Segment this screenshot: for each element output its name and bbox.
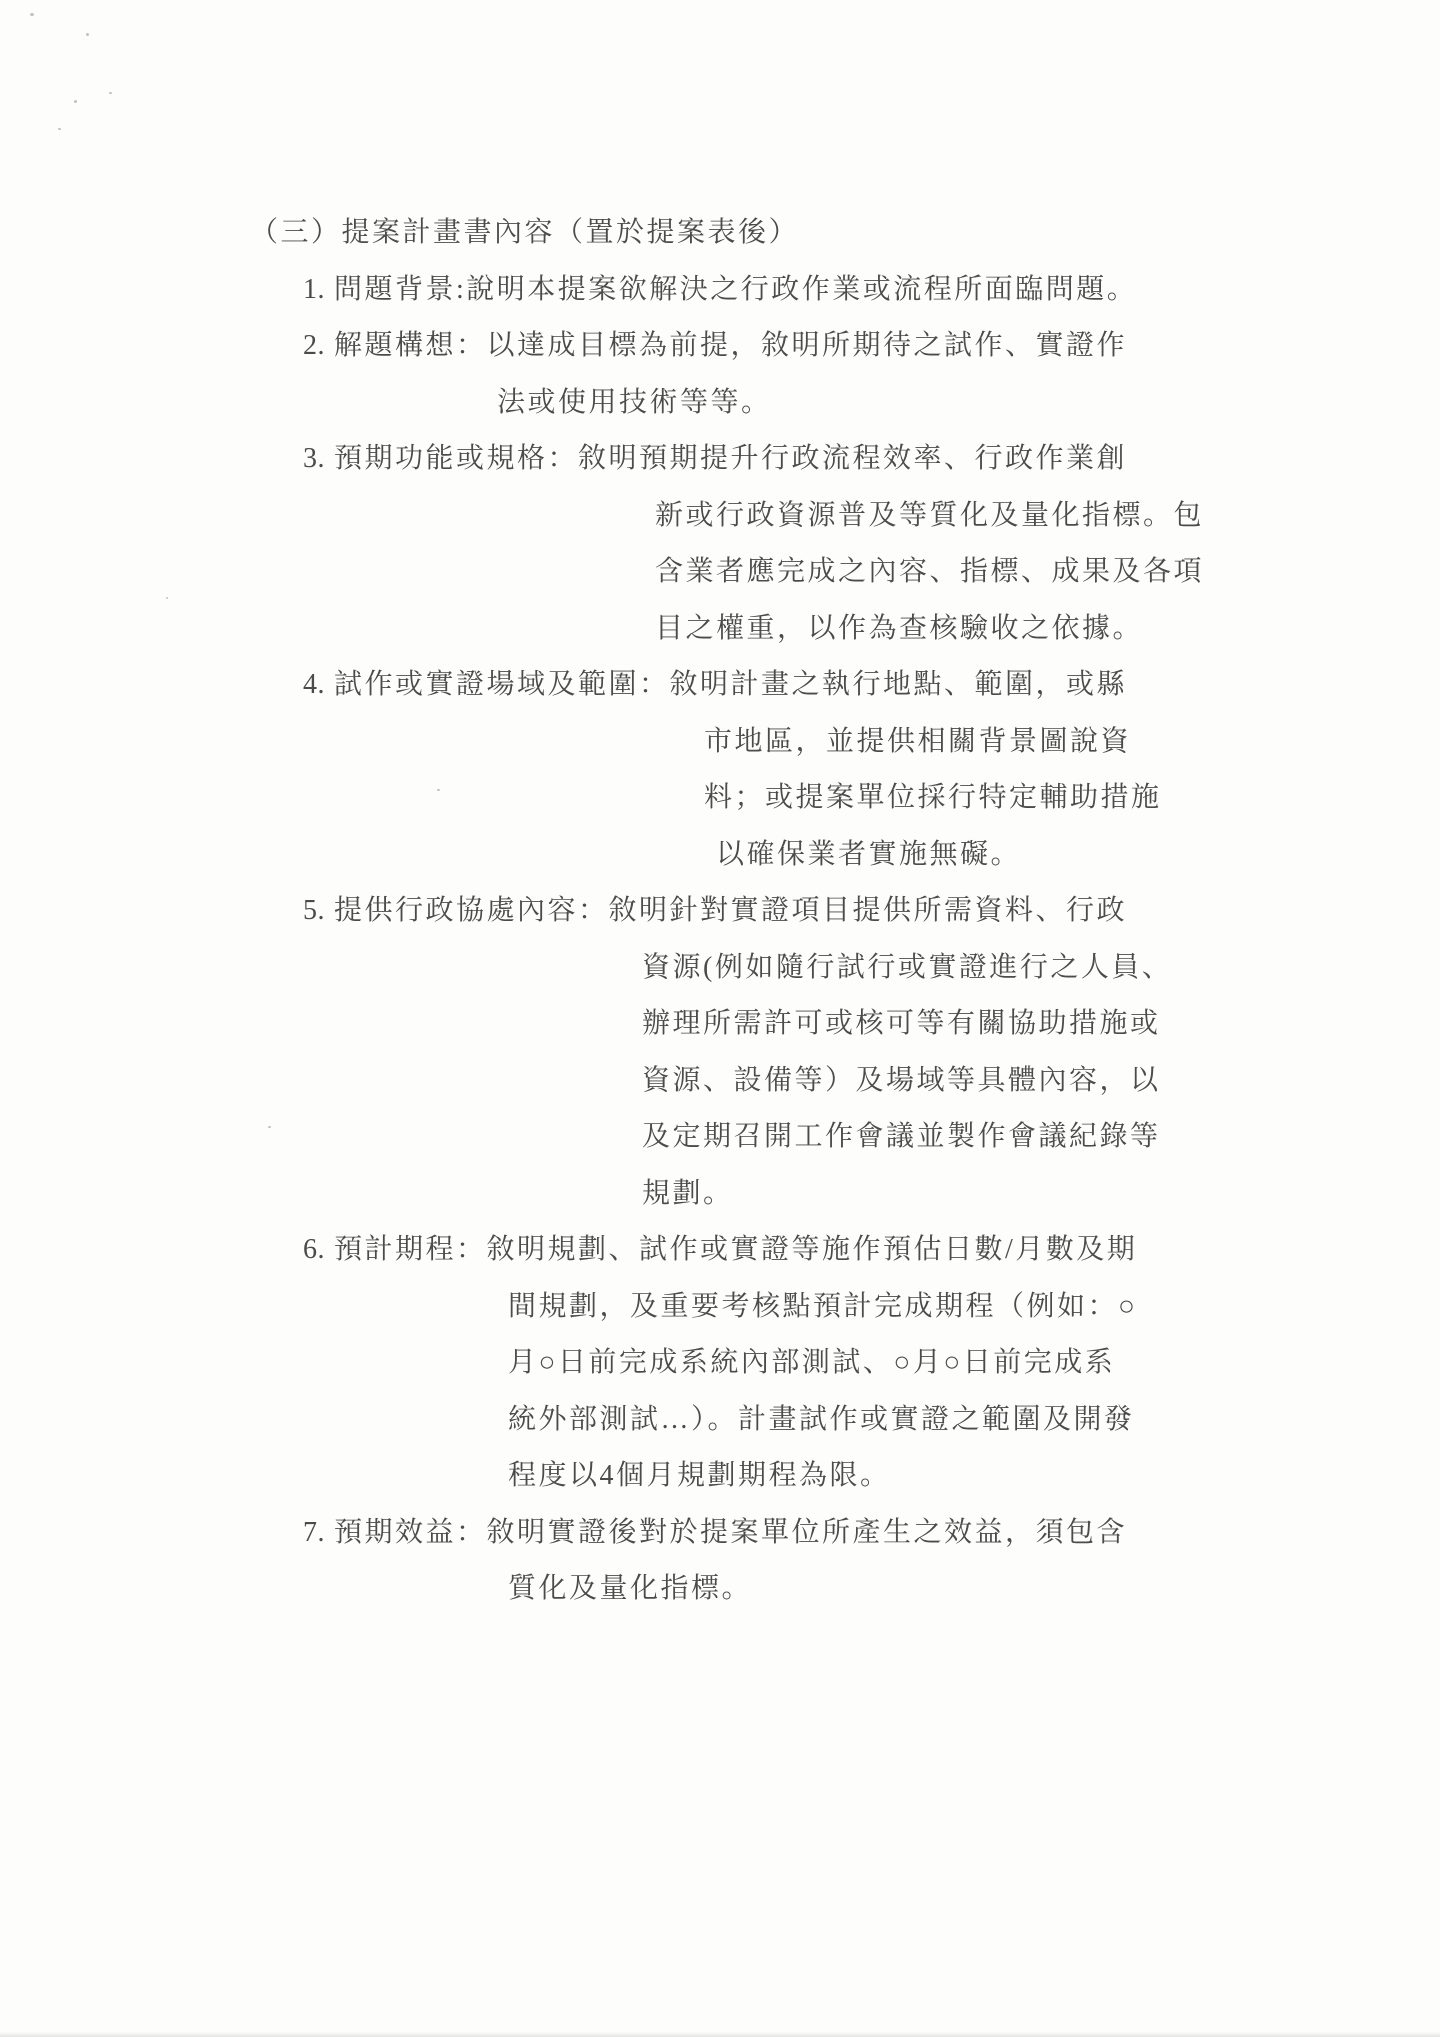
list-item-4: 4.試作或實證場域及範圍：敘明計畫之執行地點、範圍，或縣 市地區，並提供相關背景… xyxy=(0,657,1440,883)
item-6-line-1: 6.預計期程：敘明規劃、試作或實證等施作預估日數/月數及期 xyxy=(0,1222,1440,1279)
section-heading-text: （三）提案計畫書內容（置於提案表後） xyxy=(250,217,799,248)
item-7-line-2: 質化及量化指標。 xyxy=(0,1561,1440,1618)
list-item-5: 5.提供行政協處內容：敘明針對實證項目提供所需資料、行政 資源(例如隨行試行或實… xyxy=(0,883,1440,1222)
scan-speck xyxy=(109,92,112,94)
list-item-1: 1.問題背景:說明本提案欲解決之行政作業或流程所面臨問題。 xyxy=(0,262,1440,319)
item-4-number: 4. xyxy=(303,657,325,714)
item-4-text: 試作或實證場域及範圍：敘明計畫之執行地點、範圍，或縣 xyxy=(334,669,1127,700)
item-7-text: 預期效益：敘明實證後對於提案單位所產生之效益，須包含 xyxy=(334,1517,1127,1548)
item-5-line-2: 資源(例如隨行試行或實證進行之人員、 xyxy=(0,940,1440,997)
item-3-line-3: 含業者應完成之內容、指標、成果及各項 xyxy=(0,544,1440,601)
document-body: （三）提案計畫書內容（置於提案表後） 1.問題背景:說明本提案欲解決之行政作業或… xyxy=(0,205,1440,1618)
item-6-line-5: 程度以4個月規劃期程為限。 xyxy=(0,1448,1440,1505)
item-1-number: 1. xyxy=(303,262,325,319)
scanned-document-page: （三）提案計畫書內容（置於提案表後） 1.問題背景:說明本提案欲解決之行政作業或… xyxy=(0,0,1440,2037)
item-4-line-3: 料；或提案單位採行特定輔助措施 xyxy=(0,770,1440,827)
item-5-line-4: 資源、設備等）及場域等具體內容，以 xyxy=(0,1053,1440,1110)
item-3-number: 3. xyxy=(303,431,325,488)
scan-speck xyxy=(86,33,89,36)
item-2-number: 2. xyxy=(303,318,325,375)
item-1-line-1: 1.問題背景:說明本提案欲解決之行政作業或流程所面臨問題。 xyxy=(0,262,1440,319)
item-6-line-4: 統外部測試…）。計畫試作或實證之範圍及開發 xyxy=(0,1392,1440,1449)
scan-speck xyxy=(74,100,77,103)
item-3-line-1: 3.預期功能或規格：敘明預期提升行政流程效率、行政作業創 xyxy=(0,431,1440,488)
item-5-line-6: 規劃。 xyxy=(0,1166,1440,1223)
list-item-6: 6.預計期程：敘明規劃、試作或實證等施作預估日數/月數及期 間規劃，及重要考核點… xyxy=(0,1222,1440,1505)
item-6-number: 6. xyxy=(303,1222,325,1279)
item-5-line-1: 5.提供行政協處內容：敘明針對實證項目提供所需資料、行政 xyxy=(0,883,1440,940)
item-2-line-1: 2.解題構想：以達成目標為前提，敘明所期待之試作、實證作 xyxy=(0,318,1440,375)
item-6-text: 預計期程：敘明規劃、試作或實證等施作預估日數/月數及期 xyxy=(334,1234,1137,1265)
item-7-number: 7. xyxy=(303,1505,325,1562)
item-3-text: 預期功能或規格：敘明預期提升行政流程效率、行政作業創 xyxy=(334,443,1127,474)
item-2-line-2: 法或使用技術等等。 xyxy=(0,375,1440,432)
item-4-line-1: 4.試作或實證場域及範圍：敘明計畫之執行地點、範圍，或縣 xyxy=(0,657,1440,714)
item-3-line-2: 新或行政資源普及等質化及量化指標。包 xyxy=(0,488,1440,545)
list-item-7: 7.預期效益：敘明實證後對於提案單位所產生之效益，須包含 質化及量化指標。 xyxy=(0,1505,1440,1618)
list-item-2: 2.解題構想：以達成目標為前提，敘明所期待之試作、實證作 法或使用技術等等。 xyxy=(0,318,1440,431)
item-3-line-4: 目之權重，以作為查核驗收之依據。 xyxy=(0,601,1440,658)
item-5-line-3: 辦理所需許可或核可等有關協助措施或 xyxy=(0,996,1440,1053)
item-6-line-2: 間規劃，及重要考核點預計完成期程（例如：○ xyxy=(0,1279,1440,1336)
item-7-line-1: 7.預期效益：敘明實證後對於提案單位所產生之效益，須包含 xyxy=(0,1505,1440,1562)
item-2-text: 解題構想：以達成目標為前提，敘明所期待之試作、實證作 xyxy=(334,330,1127,361)
scan-speck xyxy=(30,13,34,16)
section-heading: （三）提案計畫書內容（置於提案表後） xyxy=(0,205,1440,262)
item-4-line-4: 以確保業者實施無礙。 xyxy=(0,827,1440,884)
list-item-3: 3.預期功能或規格：敘明預期提升行政流程效率、行政作業創 新或行政資源普及等質化… xyxy=(0,431,1440,657)
item-6-line-3: 月○日前完成系統內部測試、○月○日前完成系 xyxy=(0,1335,1440,1392)
item-1-text: 問題背景:說明本提案欲解決之行政作業或流程所面臨問題。 xyxy=(334,274,1137,305)
item-4-line-2: 市地區，並提供相關背景圖說資 xyxy=(0,714,1440,771)
scan-speck xyxy=(58,128,61,130)
item-5-line-5: 及定期召開工作會議並製作會議紀錄等 xyxy=(0,1109,1440,1166)
scanner-bottom-edge xyxy=(0,2032,1440,2037)
item-5-number: 5. xyxy=(303,883,325,940)
item-5-text: 提供行政協處內容：敘明針對實證項目提供所需資料、行政 xyxy=(334,895,1127,926)
